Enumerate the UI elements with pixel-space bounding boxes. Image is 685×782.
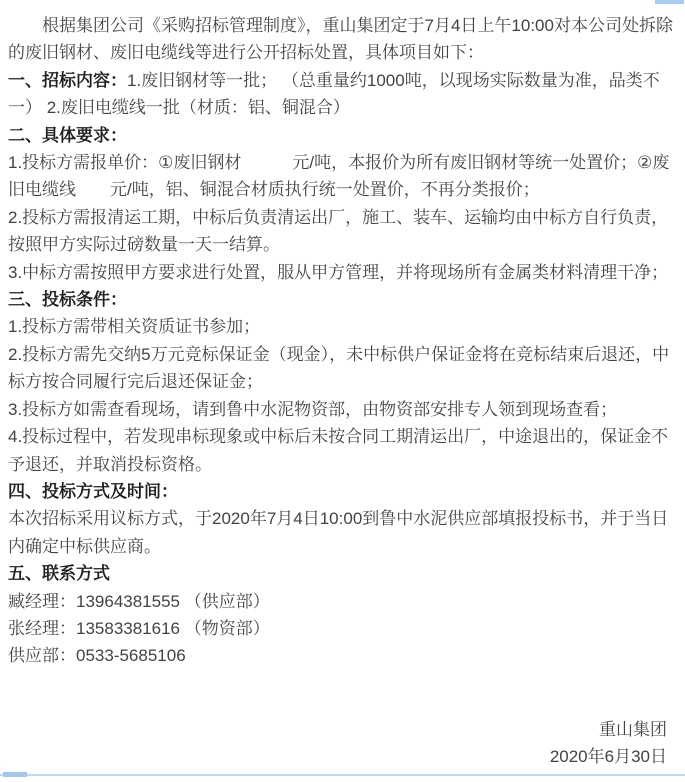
paragraph-text: 4.投标过程中，若发现串标现象或中标后未按合同工期清运出厂，中途退出的，保证金不… [8,427,668,473]
signature-org: 重山集团 [550,716,667,743]
signature-block: 重山集团 2020年6月30日 [550,716,667,771]
top-right-accent-bar [655,0,684,4]
contact-zhang-manager: 张经理：13583381616 （物资部） [8,615,677,642]
tender-content-paragraph: 一、招标内容：1.废旧钢材等一批； （总重量约1000吨，以现场实际数量为准，品… [8,67,677,122]
bid-method-heading: 四、投标方式及时间： [8,478,677,505]
paragraph-text: 臧经理：13964381555 （供应部） [8,592,270,611]
paragraph-text: 2.投标方需报清运工期，中标后负责清运出厂，施工、装车、运输均由中标方自行负责，… [8,208,668,254]
bid-conditions-heading: 三、投标条件： [8,286,677,313]
paragraph-text: 1.投标方需带相关资质证书参加； [8,317,260,336]
section-2-heading: 二、具体要求： [8,126,127,145]
requirements-heading: 二、具体要求： [8,122,677,149]
bid-method-paragraph: 本次招标采用议标方式，于2020年7月4日10:00到鲁中水泥供应部填报投标书，… [8,505,677,560]
condition-deposit: 2.投标方需先交纳5万元竞标保证金（现金），未中标供户保证金将在竞标结束后退还，… [8,341,677,396]
paragraph-text: 本次招标采用议标方式，于2020年7月4日10:00到鲁中水泥供应部填报投标书，… [8,509,668,555]
section-4-heading: 四、投标方式及时间： [8,482,178,501]
contact-heading: 五、联系方式 [8,560,677,587]
condition-qualification: 1.投标方需带相关资质证书参加； [8,313,677,340]
paragraph-text: 3.投标方如需查看现场，请到鲁中水泥物资部，由物资部安排专人领到现场查看； [8,400,617,419]
requirement-removal-schedule: 2.投标方需报清运工期，中标后负责清运出厂，施工、装车、运输均由中标方自行负责，… [8,204,677,259]
paragraph-text: 供应部：0533-5685106 [8,646,186,665]
paragraph-text: 张经理：13583381616 （物资部） [8,619,270,638]
paragraph-text: 2.投标方需先交纳5万元竞标保证金（现金），未中标供户保证金将在竞标结束后退还，… [8,345,669,391]
tender-notice-document: 根据集团公司《采购招标管理制度》，重山集团定于7月4日上午10:00对本公司处拆… [0,0,685,670]
contact-supply-dept: 供应部：0533-5685106 [8,642,677,669]
paragraph-text: 3.中标方需按照甲方要求进行处置，服从甲方管理，并将现场所有金属类材料清理干净； [8,263,668,282]
section-3-heading: 三、投标条件： [8,290,127,309]
bottom-scrollbar-thumb[interactable] [3,772,27,777]
paragraph-text: 1.投标方需报单价：①废旧钢材 元/吨，本报价为所有废旧钢材等统一处置价；②废旧… [8,153,669,199]
condition-violation: 4.投标过程中，若发现串标现象或中标后未按合同工期清运出厂，中途退出的，保证金不… [8,423,677,478]
intro-paragraph: 根据集团公司《采购招标管理制度》，重山集团定于7月4日上午10:00对本公司处拆… [8,12,677,67]
requirement-disposal: 3.中标方需按照甲方要求进行处置，服从甲方管理，并将现场所有金属类材料清理干净； [8,259,677,286]
paragraph-text: 根据集团公司《采购招标管理制度》，重山集团定于7月4日上午10:00对本公司处拆… [8,16,673,62]
section-5-heading: 五、联系方式 [8,564,110,583]
signature-date: 2020年6月30日 [550,743,667,770]
bottom-scrollbar-track[interactable] [0,774,685,776]
condition-site-visit: 3.投标方如需查看现场，请到鲁中水泥物资部，由物资部安排专人领到现场查看； [8,396,677,423]
requirement-unit-price: 1.投标方需报单价：①废旧钢材 元/吨，本报价为所有废旧钢材等统一处置价；②废旧… [8,149,677,204]
section-1-heading: 一、招标内容： [8,71,127,90]
contact-zang-manager: 臧经理：13964381555 （供应部） [8,588,677,615]
